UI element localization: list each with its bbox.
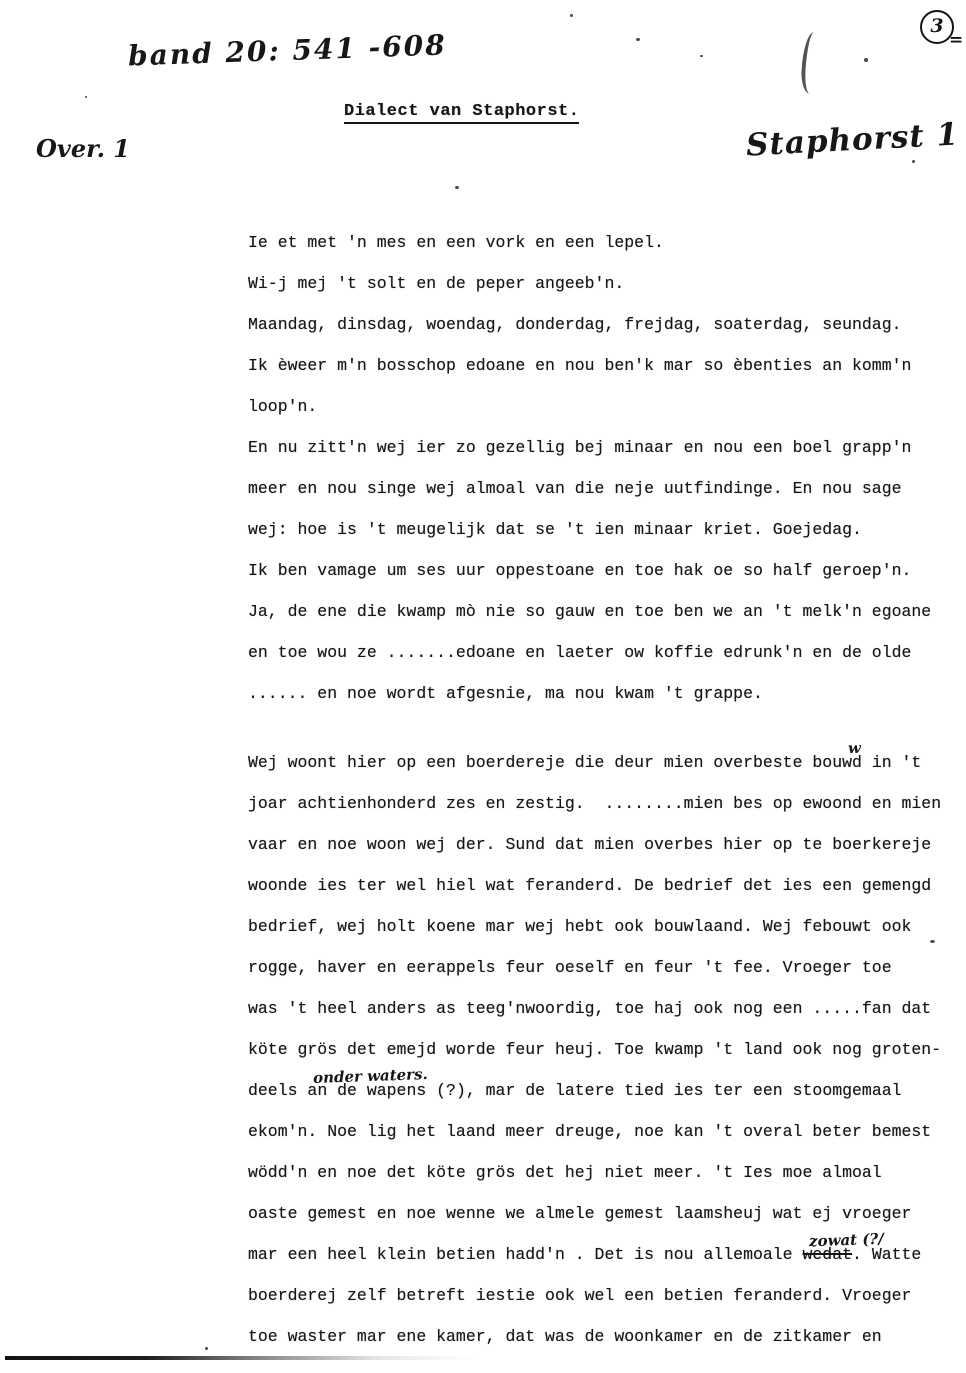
- staphorst-annotation: Staphorst 1: [745, 116, 960, 163]
- typed-line: Wi-j mej 't solt en de peper angeeb'n.: [248, 263, 938, 304]
- typed-line: Ja, de ene die kwamp mò nie so gauw en t…: [248, 591, 938, 632]
- segment-text: Wej woont hier op een boerdereje die deu…: [248, 753, 842, 772]
- typed-line: Maandag, dinsdag, woendag, donderdag, fr…: [248, 304, 938, 345]
- typed-line: ekom'n. Noe lig het laand meer dreuge, n…: [248, 1111, 938, 1152]
- typed-line: joar achtienhonderd zes en zestig. .....…: [248, 783, 938, 824]
- typed-line: woonde ies ter wel hiel wat feranderd. D…: [248, 865, 938, 906]
- typed-body: Ie et met 'n mes en een vork en een lepe…: [248, 222, 938, 1357]
- typed-line: wödd'n en noe det köte grös det hej niet…: [248, 1152, 938, 1193]
- typed-line: Wej woont hier op een boerdereje die deu…: [248, 742, 938, 783]
- text-segment: mar een heel klein betien hadd'n . Det i…: [248, 1234, 803, 1275]
- segment-text: mar een heel klein betien hadd'n . Det i…: [248, 1245, 803, 1264]
- paragraph-spacer: [248, 714, 938, 742]
- typed-line: bedrief, wej holt koene mar wej hebt ook…: [248, 906, 938, 947]
- ink-speck: [636, 38, 640, 41]
- typed-line: ...... en noe wordt afgesnie, ma nou kwa…: [248, 673, 938, 714]
- ink-speck: [700, 55, 703, 57]
- scan-edge-artifact: [5, 1356, 475, 1360]
- ink-speck: [930, 940, 935, 943]
- typed-line: boerderej zelf betreft iestie ook wel ee…: [248, 1275, 938, 1316]
- ink-speck: [455, 186, 459, 189]
- typed-line: was 't heel anders as teeg'nwoordig, toe…: [248, 988, 938, 1029]
- typed-line: mar een heel klein betien hadd'n . Det i…: [248, 1234, 938, 1275]
- ink-speck: [864, 58, 868, 62]
- typed-line: rogge, haver en eerappels feur oeself en…: [248, 947, 938, 988]
- ink-smear: [800, 31, 824, 94]
- segment-text: . Watte: [852, 1245, 921, 1264]
- over-annotation: Over. 1: [36, 134, 130, 163]
- ink-speck: [85, 96, 87, 98]
- typed-line: vaar en noe woon wej der. Sund dat mien …: [248, 824, 938, 865]
- segment-text: (?), mar de latere tied ies ter een stoo…: [426, 1081, 901, 1100]
- typed-line: Ie et met 'n mes en een vork en een lepe…: [248, 222, 938, 263]
- segment-text: deels: [248, 1081, 307, 1100]
- typed-line: loop'n.: [248, 386, 938, 427]
- ink-speck: [570, 14, 573, 17]
- text-segment: Wej woont hier op een boerdereje die deu…: [248, 742, 842, 783]
- text-segment: deels: [248, 1070, 307, 1111]
- document-page: band 20: 541 -608 3 = Dialect van Stapho…: [0, 0, 966, 1373]
- typed-line: Ik èweer m'n bosschop edoane en nou ben'…: [248, 345, 938, 386]
- ink-speck: [912, 160, 915, 163]
- equals-mark-annotation: =: [949, 30, 963, 50]
- typed-line: meer en nou singe wej almoal van die nej…: [248, 468, 938, 509]
- text-segment: (?), mar de latere tied ies ter een stoo…: [426, 1070, 901, 1111]
- text-segment: . Watte: [852, 1234, 921, 1275]
- handwritten-correction: w: [848, 741, 861, 756]
- ink-speck: [205, 1347, 208, 1350]
- typed-line: en toe wou ze .......edoane en laeter ow…: [248, 632, 938, 673]
- handwritten-correction: onder waters.: [313, 1067, 428, 1086]
- annotated-segment: wedatzowat (?/: [803, 1234, 853, 1275]
- typed-line: toe waster mar ene kamer, dat was de woo…: [248, 1316, 938, 1357]
- segment-text: in 't: [862, 753, 921, 772]
- band-number-annotation: band 20: 541 -608: [128, 28, 448, 72]
- typed-line: köte grös det emejd worde feur heuj. Toe…: [248, 1029, 938, 1070]
- typed-line: En nu zitt'n wej ier zo gezellig bej min…: [248, 427, 938, 468]
- text-segment: in 't: [862, 742, 921, 783]
- annotated-segment: an de wapensonder waters.: [307, 1070, 426, 1111]
- typed-line: oaste gemest en noe wenne we almele geme…: [248, 1193, 938, 1234]
- typed-line: Ik ben vamage um ses uur oppestoane en t…: [248, 550, 938, 591]
- typed-line: wej: hoe is 't meugelijk dat se 't ien m…: [248, 509, 938, 550]
- annotated-segment: wdw: [842, 742, 862, 783]
- page-title: Dialect van Staphorst.: [344, 102, 579, 124]
- typed-line: deels an de wapensonder waters. (?), mar…: [248, 1070, 938, 1111]
